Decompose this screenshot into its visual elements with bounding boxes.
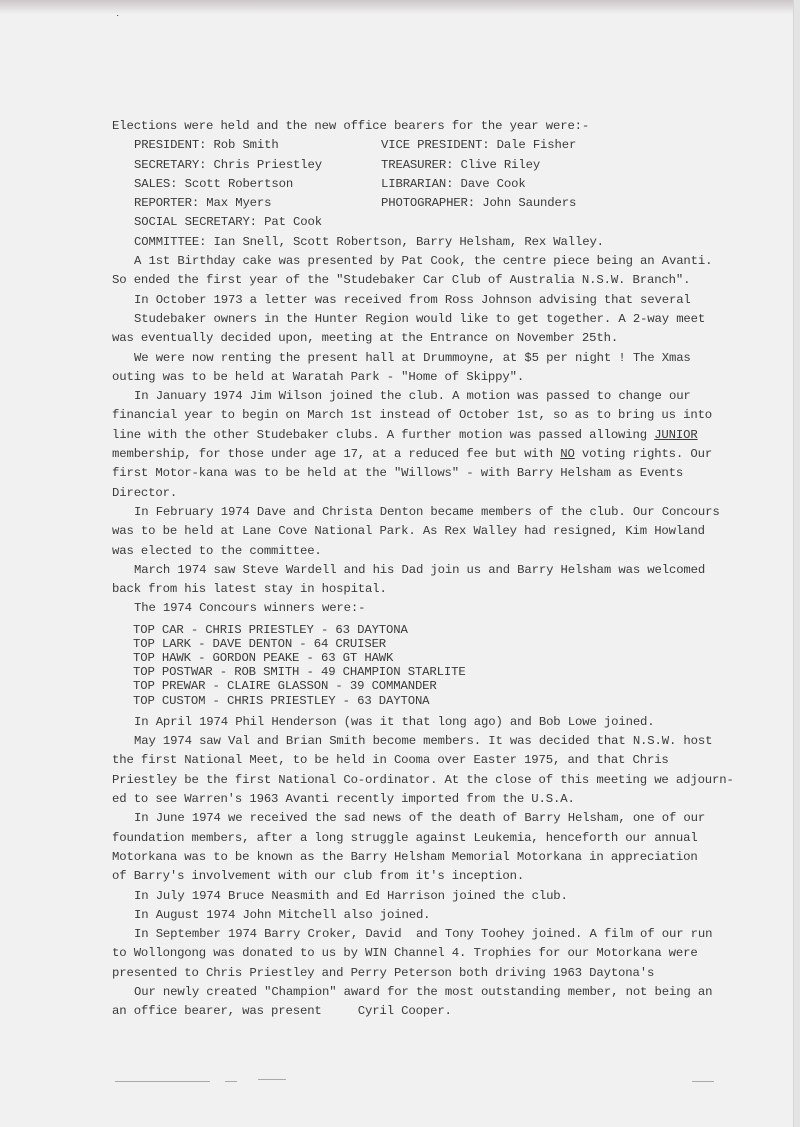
winner-item: TOP POSTWAR - ROB SMITH - 49 CHAMPION ST… bbox=[112, 665, 800, 679]
text: membership, for those under age 17, at a… bbox=[112, 447, 560, 461]
text-line: Motorkana was to be known as the Barry H… bbox=[112, 848, 800, 867]
text-line: was elected to the committee. bbox=[112, 542, 800, 561]
text-line: May 1974 saw Val and Brian Smith become … bbox=[112, 732, 800, 751]
office-bearers-list: PRESIDENT: Rob SmithVICE PRESIDENT: Dale… bbox=[112, 136, 800, 232]
footer-rule bbox=[258, 1079, 286, 1080]
officer-left: PRESIDENT: Rob Smith bbox=[134, 136, 381, 155]
footer-rule bbox=[225, 1081, 237, 1082]
text-line: was eventually decided upon, meeting at … bbox=[112, 329, 800, 348]
text-line: In September 1974 Barry Croker, David an… bbox=[112, 925, 800, 944]
officer-left: SECRETARY: Chris Priestley bbox=[134, 156, 381, 175]
winner-item: TOP HAWK - GORDON PEAKE - 63 GT HAWK bbox=[112, 651, 800, 665]
text-line: ed to see Warren's 1963 Avanti recently … bbox=[112, 790, 800, 809]
text-line: A 1st Birthday cake was presented by Pat… bbox=[112, 252, 800, 271]
text-line: In February 1974 Dave and Christa Denton… bbox=[112, 503, 800, 522]
text-line: In August 1974 John Mitchell also joined… bbox=[112, 906, 800, 925]
underlined-text: JUNIOR bbox=[654, 428, 697, 442]
officer-right: PHOTOGRAPHER: John Saunders bbox=[381, 194, 576, 213]
scan-top-shadow bbox=[0, 0, 800, 14]
winner-item: TOP CUSTOM - CHRIS PRIESTLEY - 63 DAYTON… bbox=[112, 694, 800, 708]
officer-row: SECRETARY: Chris PriestleyTREASURER: Cli… bbox=[112, 156, 800, 175]
paragraphs-c: In April 1974 Phil Henderson (was it tha… bbox=[112, 713, 800, 1022]
text-line: In April 1974 Phil Henderson (was it tha… bbox=[112, 713, 800, 732]
text-line: presented to Chris Priestley and Perry P… bbox=[112, 964, 800, 983]
text-line: Priestley be the first National Co-ordin… bbox=[112, 771, 800, 790]
officer-row: REPORTER: Max MyersPHOTOGRAPHER: John Sa… bbox=[112, 194, 800, 213]
committee-line: COMMITTEE: Ian Snell, Scott Robertson, B… bbox=[112, 233, 800, 252]
text-line: We were now renting the present hall at … bbox=[112, 349, 800, 368]
text-line: was to be held at Lane Cove National Par… bbox=[112, 522, 800, 541]
footer-rule bbox=[115, 1081, 210, 1082]
text-line: outing was to be held at Waratah Park - … bbox=[112, 368, 800, 387]
text-line: financial year to begin on March 1st ins… bbox=[112, 406, 800, 425]
officer-left: SALES: Scott Robertson bbox=[134, 175, 381, 194]
text-line: of Barry's involvement with our club fro… bbox=[112, 867, 800, 886]
text-line: an office bearer, was present Cyril Coop… bbox=[112, 1002, 800, 1021]
text: line with the other Studebaker clubs. A … bbox=[112, 428, 654, 442]
text-line: the first National Meet, to be held in C… bbox=[112, 751, 800, 770]
officer-row: PRESIDENT: Rob SmithVICE PRESIDENT: Dale… bbox=[112, 136, 800, 155]
underlined-text: NO bbox=[560, 447, 574, 461]
text-line: Our newly created "Champion" award for t… bbox=[112, 983, 800, 1002]
text-line: back from his latest stay in hospital. bbox=[112, 580, 800, 599]
text-line: In October 1973 a letter was received fr… bbox=[112, 291, 800, 310]
winner-item: TOP CAR - CHRIS PRIESTLEY - 63 DAYTONA bbox=[112, 623, 800, 637]
officer-row: SOCIAL SECRETARY: Pat Cook bbox=[112, 213, 800, 232]
intro-line: Elections were held and the new office b… bbox=[112, 117, 800, 136]
officer-left: SOCIAL SECRETARY: Pat Cook bbox=[134, 213, 381, 232]
paragraphs-a: A 1st Birthday cake was presented by Pat… bbox=[112, 252, 800, 426]
junior-line: line with the other Studebaker clubs. A … bbox=[112, 426, 800, 445]
concours-winners-list: TOP CAR - CHRIS PRIESTLEY - 63 DAYTONATO… bbox=[112, 623, 800, 708]
text-line: In July 1974 Bruce Neasmith and Ed Harri… bbox=[112, 887, 800, 906]
no-voting-line: membership, for those under age 17, at a… bbox=[112, 445, 800, 464]
text-line: foundation members, after a long struggl… bbox=[112, 829, 800, 848]
officer-right: TREASURER: Clive Riley bbox=[381, 156, 540, 175]
officer-right: LIBRARIAN: Dave Cook bbox=[381, 175, 526, 194]
text-line: March 1974 saw Steve Wardell and his Dad… bbox=[112, 561, 800, 580]
text-line: So ended the first year of the "Studebak… bbox=[112, 271, 800, 290]
text-line: In January 1974 Jim Wilson joined the cl… bbox=[112, 387, 800, 406]
text-line: In June 1974 we received the sad news of… bbox=[112, 809, 800, 828]
winner-item: TOP PREWAR - CLAIRE GLASSON - 39 COMMAND… bbox=[112, 679, 800, 693]
scan-mark: ․ bbox=[116, 8, 119, 20]
document-page: Elections were held and the new office b… bbox=[112, 117, 800, 1022]
text-line: first Motor-kana was to be held at the "… bbox=[112, 464, 800, 483]
winner-item: TOP LARK - DAVE DENTON - 64 CRUISER bbox=[112, 637, 800, 651]
text: voting rights. Our bbox=[575, 447, 712, 461]
officer-left: REPORTER: Max Myers bbox=[134, 194, 381, 213]
officer-right: VICE PRESIDENT: Dale Fisher bbox=[381, 136, 576, 155]
paragraphs-b: first Motor-kana was to be held at the "… bbox=[112, 464, 800, 618]
text-line: The 1974 Concours winners were:- bbox=[112, 599, 800, 618]
text-line: to Wollongong was donated to us by WIN C… bbox=[112, 944, 800, 963]
officer-row: SALES: Scott RobertsonLIBRARIAN: Dave Co… bbox=[112, 175, 800, 194]
footer-rule bbox=[692, 1081, 714, 1082]
text-line: Director. bbox=[112, 484, 800, 503]
text-line: Studebaker owners in the Hunter Region w… bbox=[112, 310, 800, 329]
